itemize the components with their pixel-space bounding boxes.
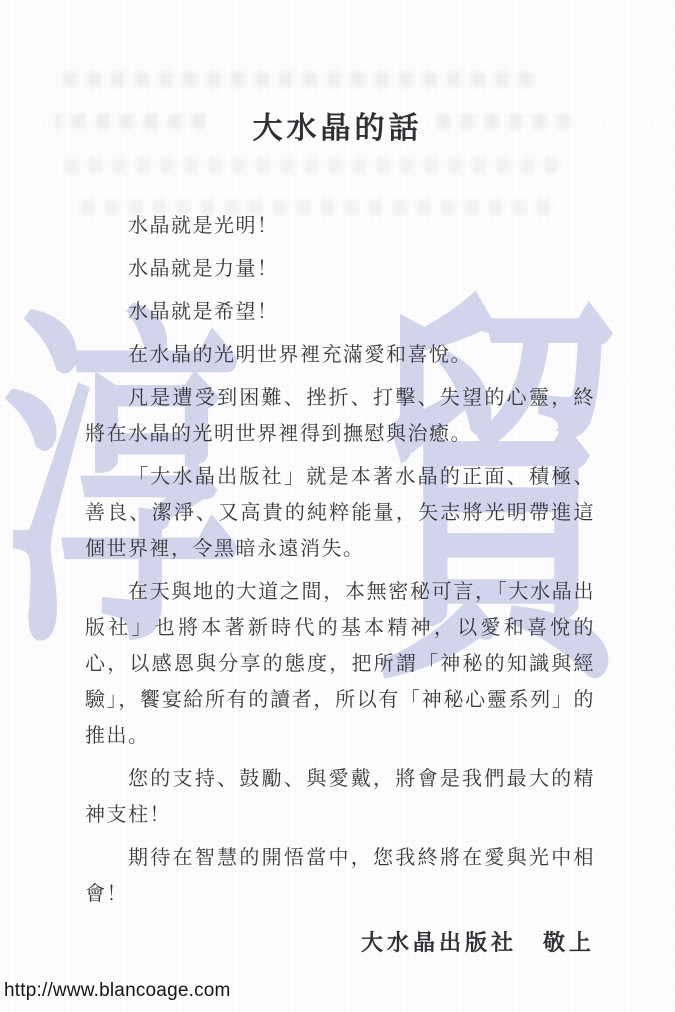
paragraph: 「大水晶出版社」就是本著水晶的正面、積極、善良、潔淨、又高貴的純粹能量，矢志將光… xyxy=(85,459,595,567)
paragraph: 您的支持、鼓勵、與愛戴，將會是我們最大的精神支柱！ xyxy=(85,761,595,833)
paragraph: 水晶就是力量！ xyxy=(85,251,595,287)
paragraph: 凡是遭受到困難、挫折、打擊、失望的心靈，終將在水晶的光明世界裡得到撫慰與治癒。 xyxy=(85,380,595,452)
paragraph: 水晶就是光明！ xyxy=(85,208,595,244)
scanned-page: 淳 貿 大水晶的話 水晶就是光明！ 水晶就是力量！ 水晶就是希望！ 在水晶的光明… xyxy=(0,0,675,1012)
scan-bleed-artifact xyxy=(58,158,558,173)
paragraph: 在水晶的光明世界裡充滿愛和喜悅。 xyxy=(85,337,595,373)
signature: 大水晶出版社 敬上 xyxy=(85,926,595,957)
paragraph: 水晶就是希望！ xyxy=(85,294,595,330)
page-title: 大水晶的話 xyxy=(0,0,675,152)
letter-body: 水晶就是光明！ 水晶就是力量！ 水晶就是希望！ 在水晶的光明世界裡充滿愛和喜悅。… xyxy=(85,208,595,912)
paragraph: 在天與地的大道之間，本無密秘可言，「大水晶出版社」也將本著新時代的基本精神，以愛… xyxy=(85,574,595,754)
footer-url: http://www.blancoage.com xyxy=(4,980,231,1002)
paragraph: 期待在智慧的開悟當中，您我終將在愛與光中相會！ xyxy=(85,840,595,912)
